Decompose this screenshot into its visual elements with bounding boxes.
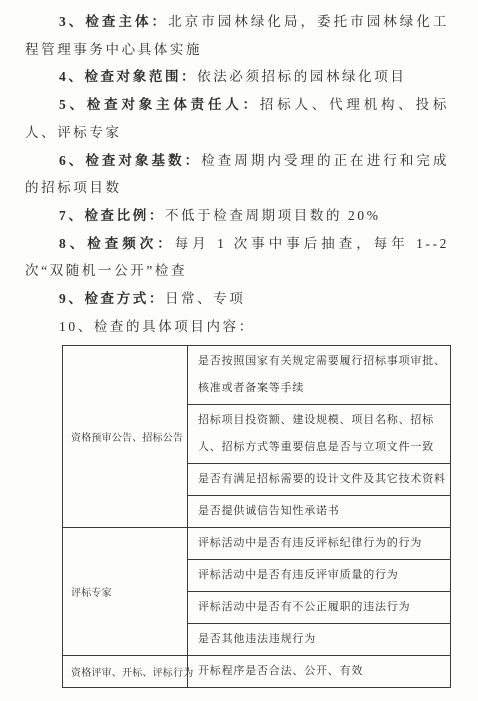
item-text: 依法必须招标的园林绿化项目 — [197, 69, 406, 84]
item-number: 9、 — [59, 291, 84, 306]
category-cell: 资格预审公告、招标公告 — [63, 346, 188, 527]
numbered-item-5: 5、检查对象主体责任人：招标人、代理机构、投标人、评标专家 — [25, 91, 449, 146]
inspection-items-table: 资格预审公告、招标公告 是否按照国家有关规定需要履行招标事项审批、核准或者备案等… — [62, 345, 451, 688]
scanned-document-page: 3、检查主体：北京市园林绿化局，委托市园林绿化工程管理事务中心具体实施 4、检查… — [0, 0, 478, 701]
criteria-cells: 评标活动中是否有违反评标纪律行为的行为 评标活动中是否有违反评审质量的行为 评标… — [188, 528, 450, 655]
criteria-cell: 评标活动中是否有不公正履职的违法行为 — [188, 592, 450, 624]
item-number: 3、 — [59, 14, 85, 29]
table-row-group-prequalification-announcement: 资格预审公告、招标公告 是否按照国家有关规定需要履行招标事项审批、核准或者备案等… — [63, 346, 450, 528]
table-row-group-bid-opening-evaluation: 资格评审、开标、评标行为 开标程序是否合法、公开、有效 — [63, 656, 450, 687]
category-cell: 资格评审、开标、评标行为 — [63, 656, 188, 687]
criteria-cell: 开标程序是否合法、公开、有效 — [188, 656, 450, 687]
criteria-cell: 招标项目投资额、建设规模、项目名称、招标人、招标方式等重要信息是否与立项文件一致 — [188, 405, 450, 464]
criteria-cell: 是否按照国家有关规定需要履行招标事项审批、核准或者备案等手续 — [188, 346, 450, 405]
numbered-item-3: 3、检查主体：北京市园林绿化局，委托市园林绿化工程管理事务中心具体实施 — [25, 8, 449, 63]
criteria-cell: 是否其他违法违规行为 — [188, 624, 450, 655]
numbered-item-10: 10、检查的具体项目内容： — [25, 313, 449, 341]
item-number: 6、 — [59, 153, 85, 168]
item-text: 不低于检查周期项目数的 20% — [165, 208, 381, 223]
item-text: 检查的具体项目内容： — [94, 319, 255, 334]
item-number: 8、 — [59, 236, 87, 251]
criteria-cell: 是否有满足招标需要的设计文件及其它技术资料 — [188, 464, 450, 496]
numbered-item-7: 7、检查比例：不低于检查周期项目数的 20% — [25, 202, 449, 230]
numbered-item-4: 4、检查对象范围：依法必须招标的园林绿化项目 — [25, 63, 449, 91]
item-label: 检查对象主体责任人： — [87, 97, 260, 112]
item-label: 检查主体： — [85, 14, 168, 29]
category-cell: 评标专家 — [63, 528, 188, 655]
document-body: 3、检查主体：北京市园林绿化局，委托市园林绿化工程管理事务中心具体实施 4、检查… — [0, 0, 478, 688]
criteria-cell: 是否提供诚信告知性承诺书 — [188, 496, 450, 527]
item-label: 检查对象基数： — [85, 153, 201, 168]
item-label: 检查比例： — [84, 208, 165, 223]
item-label: 检查频次： — [87, 236, 174, 251]
criteria-cells: 是否按照国家有关规定需要履行招标事项审批、核准或者备案等手续 招标项目投资额、建… — [188, 346, 450, 527]
item-label: 检查对象范围： — [84, 69, 197, 84]
numbered-item-6: 6、检查对象基数：检查周期内受理的正在进行和完成的招标项目数 — [25, 147, 449, 202]
item-label: 检查方式： — [84, 291, 165, 306]
item-number: 5、 — [59, 97, 87, 112]
criteria-cell: 评标活动中是否有违反评标纪律行为的行为 — [188, 528, 450, 560]
item-number: 10、 — [59, 319, 94, 334]
criteria-cell: 评标活动中是否有违反评审质量的行为 — [188, 560, 450, 592]
item-number: 7、 — [59, 208, 84, 223]
numbered-item-8: 8、检查频次：每月 1 次事中事后抽查，每年 1--2 次“双随机一公开”检查 — [25, 230, 449, 285]
numbered-item-9: 9、检查方式：日常、专项 — [25, 285, 449, 313]
item-number: 4、 — [59, 69, 84, 84]
item-text: 日常、专项 — [165, 291, 246, 306]
criteria-cells: 开标程序是否合法、公开、有效 — [188, 656, 450, 687]
table-row-group-evaluation-experts: 评标专家 评标活动中是否有违反评标纪律行为的行为 评标活动中是否有违反评审质量的… — [63, 528, 450, 656]
